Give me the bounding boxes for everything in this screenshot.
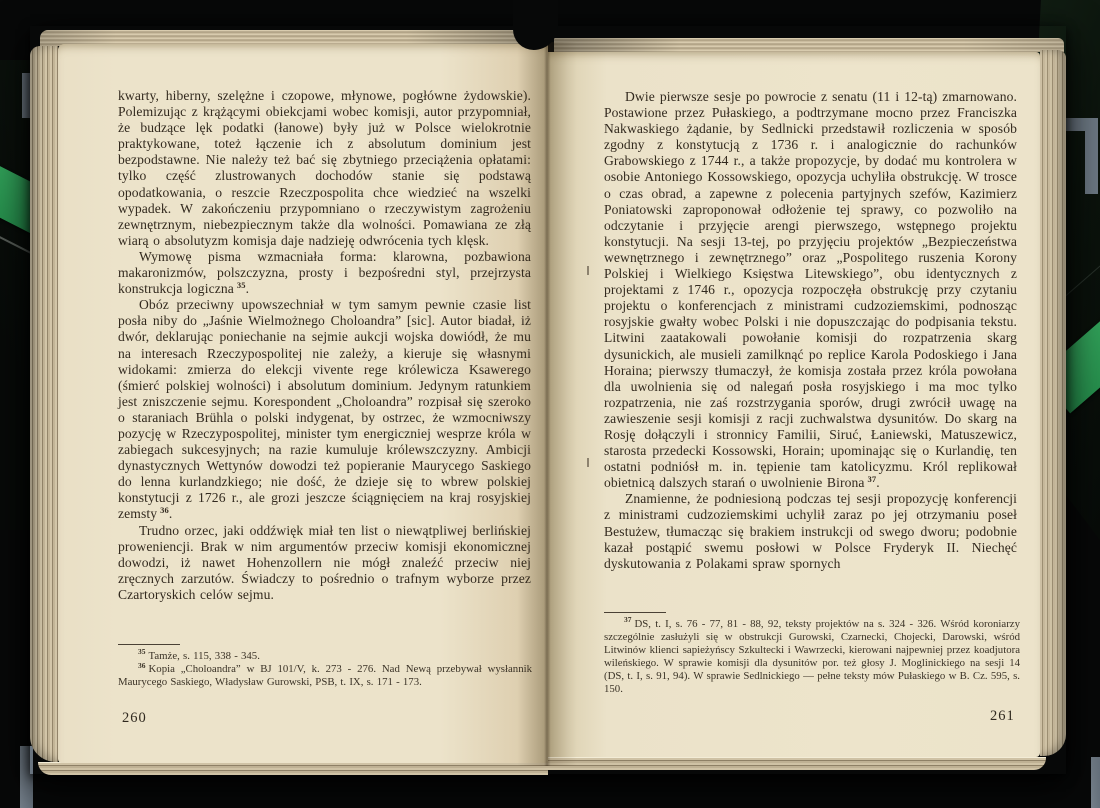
footnote-number: 35: [138, 647, 146, 656]
page-stack-bottom-left-edge: [38, 762, 548, 775]
page-number-left: 260: [122, 710, 147, 727]
gray-bar-bottom-right: [1091, 757, 1100, 808]
footnote-separator: [604, 612, 666, 613]
paragraph: Dwie pierwsze sesje po powrocie z senatu…: [604, 89, 1017, 491]
paragraph-text: .: [246, 281, 250, 296]
gray-bracket-top-right: [1062, 118, 1098, 194]
book-scan: kwarty, hiberny, szelężne i czopowe, mły…: [0, 0, 1100, 808]
footnote-ref-35: 35: [237, 280, 246, 290]
left-page-body: kwarty, hiberny, szelężne i czopowe, mły…: [118, 88, 531, 603]
footnote: 35Tamże, s. 115, 338 - 345.: [118, 650, 532, 663]
footnote: 37DS, t. I, s. 76 - 77, 81 - 88, 92, tek…: [604, 618, 1020, 697]
bracket-vertical: [1085, 118, 1098, 194]
paragraph-text: .: [876, 475, 880, 490]
right-page-footnotes: 37DS, t. I, s. 76 - 77, 81 - 88, 92, tek…: [604, 618, 1020, 697]
footnote-number: 37: [624, 615, 632, 624]
print-artifact-tick: [587, 458, 589, 467]
footnote: 36Kopia „Choloandra” w BJ 101/V, k. 273 …: [118, 663, 532, 689]
right-page-body: Dwie pierwsze sesje po powrocie z senatu…: [604, 89, 1017, 572]
footnote-ref-37: 37: [868, 474, 877, 484]
page-stack-right-edge: [1040, 50, 1066, 756]
footnote-number: 36: [138, 661, 146, 670]
paragraph-text: .: [169, 506, 173, 521]
footnote-text: Kopia „Choloandra” w BJ 101/V, k. 273 - …: [118, 663, 532, 688]
footnote-separator: [118, 644, 180, 645]
paragraph: Wymowę pisma wzmacniała forma: klarowna,…: [118, 249, 531, 297]
paragraph-text: kwarty, hiberny, szelężne i czopowe, mły…: [118, 88, 531, 248]
page-number-right: 261: [990, 708, 1015, 725]
paragraph: kwarty, hiberny, szelężne i czopowe, mły…: [118, 88, 531, 249]
footnote-text: DS, t. I, s. 76 - 77, 81 - 88, 92, tekst…: [604, 618, 1020, 695]
paragraph-text: Obóz przeciwny upowszechniał w tym samym…: [118, 297, 531, 521]
footnote-text: Tamże, s. 115, 338 - 345.: [149, 650, 260, 662]
open-book: kwarty, hiberny, szelężne i czopowe, mły…: [30, 26, 1066, 774]
paragraph-text: Trudno orzec, jaki oddźwięk miał ten lis…: [118, 523, 531, 602]
paragraph-text: Wymowę pisma wzmacniała forma: klarowna,…: [118, 249, 531, 296]
left-page-footnotes: 35Tamże, s. 115, 338 - 345. 36Kopia „Cho…: [118, 650, 532, 689]
right-page: Dwie pierwsze sesje po powrocie z senatu…: [548, 52, 1040, 757]
page-stack-left-edge: [30, 46, 58, 762]
paragraph-text: Dwie pierwsze sesje po powrocie z senatu…: [604, 89, 1017, 490]
paragraph-text: Znamienne, że podniesioną podczas tej se…: [604, 491, 1017, 570]
left-page: kwarty, hiberny, szelężne i czopowe, mły…: [58, 44, 548, 763]
print-artifact-tick: [587, 266, 589, 275]
page-stack-bottom-right-edge: [548, 757, 1046, 770]
page-stack-top-right-edge: [554, 38, 1064, 52]
paragraph: Trudno orzec, jaki oddźwięk miał ten lis…: [118, 523, 531, 603]
paragraph: Obóz przeciwny upowszechniał w tym samym…: [118, 297, 531, 522]
footnote-ref-36: 36: [160, 505, 169, 515]
paragraph: Znamienne, że podniesioną podczas tej se…: [604, 491, 1017, 571]
